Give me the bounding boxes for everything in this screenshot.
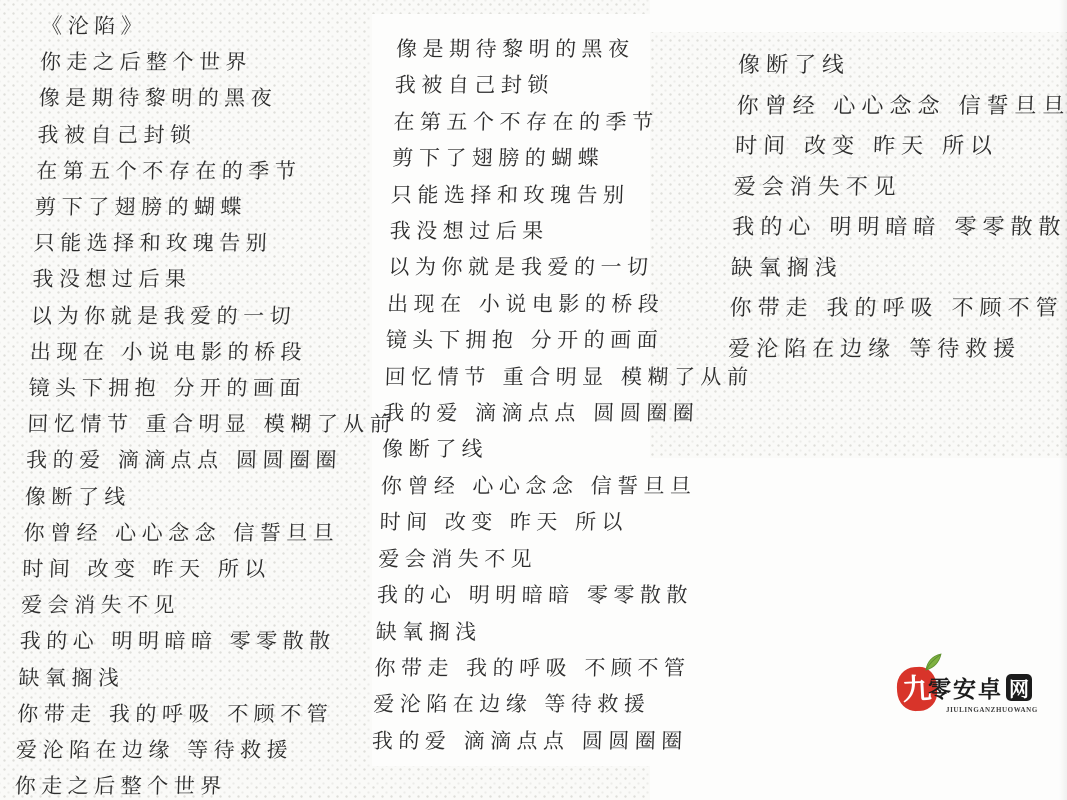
lyrics-column-left: 《沦陷》 你走之后整个世界像是期待黎明的黑夜我被自己封锁在第五个不存在的季节剪下… — [14, 8, 411, 800]
lyric-line: 我的心 明明暗暗 零零散散 — [19, 623, 389, 659]
lyric-line: 只能选择和玫瑰告别 — [390, 177, 760, 213]
lyric-line: 像是期待黎明的黑夜 — [395, 31, 765, 67]
lyric-line: 爱沦陷在边缘 等待救援 — [15, 732, 385, 768]
lyric-line: 镜头下拥抱 分开的画面 — [385, 322, 755, 358]
lyric-line: 以为你就是我爱的一切 — [31, 298, 401, 334]
lyric-line: 你带走 我的呼吸 不顾不管 — [17, 696, 387, 732]
lyric-line: 缺氧搁浅 — [730, 249, 1065, 290]
lyrics-column-middle: 像是期待黎明的黑夜我被自己封锁在第五个不存在的季节剪下了翅膀的蝴蝶只能选择和玫瑰… — [371, 31, 765, 759]
lyric-line: 我的心 明明暗暗 零零散散 — [732, 208, 1067, 249]
lyric-line: 像是期待黎明的黑夜 — [38, 80, 408, 116]
lyric-line: 缺氧搁浅 — [18, 660, 388, 696]
lyric-line: 你曾经 心心念念 信誓旦旦 — [380, 468, 750, 504]
lyric-line: 你带走 我的呼吸 不顾不管 — [374, 650, 744, 686]
lyric-line: 爱沦陷在边缘 等待救援 — [727, 330, 1062, 371]
lyric-line: 镜头下拥抱 分开的画面 — [28, 370, 398, 406]
lyric-line: 剪下了翅膀的蝴蝶 — [34, 189, 404, 225]
site-name: 零安卓 网 — [928, 671, 1032, 703]
lyric-line: 我的爱 滴滴点点 圆圆圈圈 — [371, 723, 741, 759]
lyric-line: 你走之后整个世界 — [39, 44, 409, 80]
lyric-line: 我没想过后果 — [389, 213, 759, 249]
song-title: 《沦陷》 — [41, 8, 411, 44]
lyric-line: 以为你就是我爱的一切 — [388, 249, 758, 285]
lyric-line: 我的爱 滴滴点点 圆圆圈圈 — [383, 395, 753, 431]
lyric-line: 我没想过后果 — [32, 261, 402, 297]
lyric-line: 你走之后整个世界 — [14, 768, 384, 800]
lyric-line: 在第五个不存在的季节 — [36, 153, 406, 189]
leaf-icon — [920, 652, 944, 672]
lyric-line: 你曾经 心心念念 信誓旦旦 — [23, 515, 393, 551]
lyric-line: 时间 改变 昨天 所以 — [379, 504, 749, 540]
lyrics-column-right: 像断了线你曾经 心心念念 信誓旦旦时间 改变 昨天 所以爱会消失不见我的心 明明… — [727, 46, 1067, 370]
lyric-line: 爱会消失不见 — [378, 541, 748, 577]
lyric-line: 时间 改变 昨天 所以 — [734, 127, 1067, 168]
lyric-line: 爱会消失不见 — [733, 168, 1067, 209]
lyric-line: 爱沦陷在边缘 等待救援 — [373, 686, 743, 722]
lyric-line: 我的心 明明暗暗 零零散散 — [376, 577, 746, 613]
lyric-line: 回忆情节 重合明显 模糊了从前 — [384, 359, 754, 395]
lyric-line: 时间 改变 昨天 所以 — [22, 551, 392, 587]
lyric-line: 只能选择和玫瑰告别 — [33, 225, 403, 261]
lyric-line: 缺氧搁浅 — [375, 614, 745, 650]
lyric-line: 在第五个不存在的季节 — [393, 104, 763, 140]
lyric-line: 像断了线 — [381, 431, 751, 467]
site-name-boxed-char: 网 — [1006, 674, 1032, 701]
lyrics-sheet: 《沦陷》 你走之后整个世界像是期待黎明的黑夜我被自己封锁在第五个不存在的季节剪下… — [0, 0, 1067, 800]
site-name-prefix: 零安卓 — [928, 671, 1003, 704]
site-logo: 九 零安卓 网 JIULINGANZHUOWANG — [893, 650, 1053, 722]
lyric-line: 剪下了翅膀的蝴蝶 — [392, 140, 762, 176]
site-caption: JIULINGANZHUOWANG — [946, 706, 1038, 714]
lyric-line: 像断了线 — [737, 46, 1067, 87]
lyric-line: 像断了线 — [24, 479, 394, 515]
lyric-line: 出现在 小说电影的桥段 — [387, 286, 757, 322]
lyric-line: 我的爱 滴滴点点 圆圆圈圈 — [25, 442, 395, 478]
lyric-line: 你曾经 心心念念 信誓旦旦 — [736, 87, 1067, 128]
lyric-line: 我被自己封锁 — [37, 117, 407, 153]
lyric-line: 我被自己封锁 — [394, 67, 764, 103]
lyric-line: 出现在 小说电影的桥段 — [29, 334, 399, 370]
lyric-line: 你带走 我的呼吸 不顾不管 — [729, 289, 1064, 330]
lyric-line: 爱会消失不见 — [20, 587, 390, 623]
lyric-line: 回忆情节 重合明显 模糊了从前 — [27, 406, 397, 442]
paper-patch-top-right — [650, 0, 1067, 32]
